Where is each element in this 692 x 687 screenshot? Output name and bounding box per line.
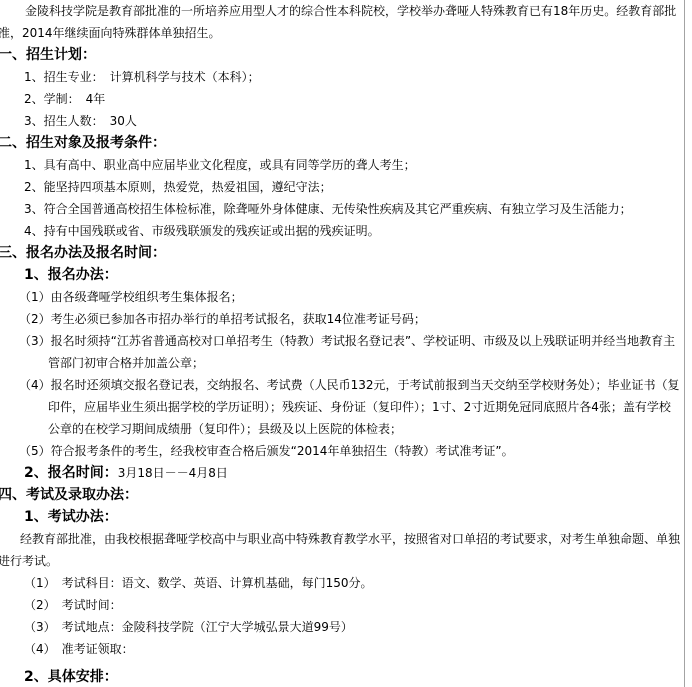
line-bold-label: 2、报名时间： — [24, 465, 118, 481]
text-line: 经教育部批准，由我校根据聋哑学校高中与职业高中特殊教育教学水平，按照省对口单招的… — [0, 528, 688, 550]
text-line: （4）报名时还须填交报名登记表，交纳报名、考试费（人民币132元，于考试前报到当… — [0, 374, 688, 396]
document-body: 金陵科技学院是教育部批准的一所培养应用型人才的综合性本科院校，学校举办聋哑人特殊… — [0, 0, 688, 687]
text-line: （5）符合报考条件的考生，经我校审查合格后颁发“2014年单独招生（特教）考试准… — [0, 440, 688, 462]
text-line: 进行考试。 — [0, 550, 688, 572]
text-line: （3） 考试地点：金陵科技学院（江宁大学城弘景大道99号） — [0, 616, 688, 638]
text-line: 一、招生计划： — [0, 44, 688, 66]
text-line: 管部门初审合格并加盖公章； — [0, 352, 688, 374]
text-line: 三、报名办法及报名时间： — [0, 242, 688, 264]
text-line: （1）由各级聋哑学校组织考生集体报名； — [0, 286, 688, 308]
text-line: （1） 考试科目：语文、数学、英语、计算机基础，每门150分。 — [0, 572, 688, 594]
text-line: 四、考试及录取办法： — [0, 484, 688, 506]
text-line: 2、具体安排： — [0, 666, 688, 687]
text-line: 3、符合全国普通高校招生体检标准，除聋哑外身体健康、无传染性疾病及其它严重疾病、… — [0, 198, 688, 220]
text-line: 1、招生专业： 计算机科学与技术（本科）； — [0, 66, 688, 88]
text-line: 2、报名时间：3月18日－－4月8日 — [0, 462, 688, 484]
text-line: 准，2014年继续面向特殊群体单独招生。 — [0, 22, 688, 44]
text-line: 3、招生人数： 30人 — [0, 110, 688, 132]
text-line: 印件，应届毕业生须出据学校的学历证明）；残疾证、身份证（复印件）；1寸、2寸近期… — [0, 396, 688, 418]
text-line: 4、持有中国残联或省、市级残联颁发的残疾证或出据的残疾证明。 — [0, 220, 688, 242]
text-line: （2） 考试时间： — [0, 594, 688, 616]
text-line: （2）考生必须已参加各市招办举行的单招考试报名，获取14位准考证号码； — [0, 308, 688, 330]
content-right-border — [684, 0, 685, 687]
text-line: 2、能坚持四项基本原则，热爱党，热爱祖国，遵纪守法； — [0, 176, 688, 198]
text-line: （3）报名时须持“江苏省普通高校对口单招考生（特教）考试报名登记表”、学校证明、… — [0, 330, 688, 352]
text-line: 金陵科技学院是教育部批准的一所培养应用型人才的综合性本科院校，学校举办聋哑人特殊… — [0, 0, 688, 22]
line-value: 3月18日－－4月8日 — [118, 466, 228, 480]
text-line: 1、具有高中、职业高中应届毕业文化程度，或具有同等学历的聋人考生； — [0, 154, 688, 176]
text-line: 2、学制： 4年 — [0, 88, 688, 110]
text-line: 二、招生对象及报考条件： — [0, 132, 688, 154]
text-line: 1、报名办法： — [0, 264, 688, 286]
text-line: （4） 准考证领取： — [0, 638, 688, 660]
text-line: 公章的在校学习期间成绩册（复印件）；县级及以上医院的体检表； — [0, 418, 688, 440]
text-line: 1、考试办法： — [0, 506, 688, 528]
